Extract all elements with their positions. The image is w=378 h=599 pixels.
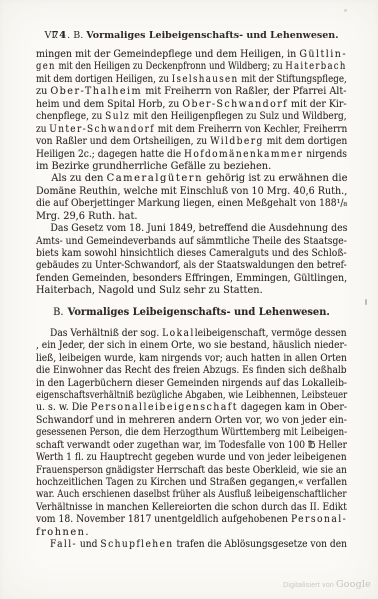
- text-line: vom 18. November 1817 unentgeldlich aufg…: [36, 514, 347, 526]
- text-line: hochzeitlichen Tagen zu Kirchen und Stra…: [36, 477, 347, 489]
- text-line: Verhältnisse in manchen Kellereiorten di…: [36, 502, 347, 514]
- text-line: im Bezirke grundherrliche Gefälle zu bez…: [36, 161, 347, 173]
- running-header: 74 VI. 1. B.Vormaliges Leibeigenschafts-…: [36, 30, 347, 43]
- text-line: Werth 1 fl. zu Hauptrecht gegeben wurde …: [36, 452, 347, 464]
- text-line: zu Unter-Schwandorf mit dem Freiherrn vo…: [36, 124, 347, 136]
- text-line: ließ, leibeigen wurde, kam nirgends vor;…: [36, 353, 347, 365]
- paragraph: mingen mit der Gemeindepflege und dem He…: [36, 49, 347, 173]
- text-line: gesessenen Person, die dem Herzogthum Wü…: [36, 427, 347, 439]
- page-body: mingen mit der Gemeindepflege und dem He…: [36, 49, 347, 552]
- text-line: eigenschaftsverhältniß bezügliche Abgabe…: [36, 390, 347, 402]
- text-line: Als zu den Cameralgütern gehörig ist zu …: [36, 173, 347, 185]
- section-heading-ref: B.: [53, 307, 63, 318]
- page-number: 74: [52, 30, 66, 41]
- digitization-watermark: Digitalisiert vonGoogle: [283, 579, 371, 590]
- text-column: 74 VI. 1. B.Vormaliges Leibeigenschafts-…: [36, 30, 347, 552]
- text-line: fenden Gemeinden, besonders Effringen, E…: [36, 273, 347, 285]
- text-line: Das Gesetz vom 18. Juni 1849, betreffend…: [36, 223, 347, 235]
- paragraph: Als zu den Cameralgütern gehörig ist zu …: [36, 173, 347, 223]
- text-line: Schwandorf und in mehreren andern Orten …: [36, 415, 347, 427]
- text-line: frohnen.: [36, 527, 347, 539]
- text-line: u. s. w. Die Personalleibeigenschaft dag…: [36, 402, 347, 414]
- watermark-text: Digitalisiert von: [283, 582, 334, 589]
- watermark-brand: Google: [336, 579, 371, 590]
- text-line: Frauensperson gnädigster Herrschaft das …: [36, 465, 347, 477]
- text-line: mit dem dortigen Heiligen, zu Iselshause…: [36, 74, 347, 86]
- text-line: , ein Jeder, der sich in einem Orte, wo …: [36, 340, 347, 352]
- section-heading-title: Vormaliges Leibeigenschafts- und Lehenwe…: [68, 307, 330, 318]
- text-line: Domäne Reuthin, welche mit Einschluß von…: [36, 186, 347, 198]
- paragraph: Das Verhältniß der sog. Lokalleibeigensc…: [36, 328, 347, 539]
- text-line: Haiterbach, Nagold und Sulz sehr zu Stat…: [36, 285, 347, 297]
- text-line: chenpflege, zu Sulz mit den Heiligenpfle…: [36, 111, 347, 123]
- text-line: gen mit den Heiligen zu Deckenpfronn und…: [36, 61, 347, 73]
- text-line: war. Auch erschienen daselbst früher als…: [36, 489, 347, 501]
- section-heading: B.Vormaliges Leibeigenschafts- und Lehen…: [36, 307, 347, 318]
- paragraph: Das Gesetz vom 18. Juni 1849, betreffend…: [36, 223, 347, 298]
- text-line: Heiligen 2c.; dagegen hatte die Hofdomän…: [36, 149, 347, 161]
- text-line: Mrg. 29,6 Ruth. hat.: [36, 211, 347, 223]
- text-line: schaft verwandt oder zugethan war, im To…: [36, 440, 347, 452]
- text-line: von Raßler und dem Ortsheiligen, zu Wild…: [36, 136, 347, 148]
- running-header-title: Vormaliges Leibeigenschafts- und Lehenwe…: [86, 30, 338, 41]
- scan-artifact-right-edge: [365, 299, 367, 305]
- scan-artifact-top: [344, 9, 347, 12]
- paragraph: Fall- und Schupflehen trafen die Ablösun…: [36, 539, 347, 551]
- text-line: Das Verhältniß der sog. Lokalleibeigensc…: [36, 328, 347, 340]
- text-line: die Einwohner das Recht des freien Abzug…: [36, 365, 347, 377]
- text-line: mingen mit der Gemeindepflege und dem He…: [36, 49, 347, 61]
- text-line: Fall- und Schupflehen trafen die Ablösun…: [36, 539, 347, 551]
- text-line: heim und dem Spital Horb, zu Ober-Schwan…: [36, 99, 347, 111]
- text-line: gebäudes zu Unter-Schwandorf, als der St…: [36, 260, 347, 272]
- text-line: biets kam sowohl hinsichtlich dieses Cam…: [36, 248, 347, 260]
- text-line: die auf Oberjettinger Markung liegen, ei…: [36, 198, 347, 210]
- text-line: Amts- und Gemeindeverbands auf sämmtlich…: [36, 236, 347, 248]
- scanned-book-page: 74 VI. 1. B.Vormaliges Leibeigenschafts-…: [0, 0, 378, 599]
- text-line: in den Lagerbüchern dieser Gemeinden nir…: [36, 378, 347, 390]
- text-line: zu Ober-Thalheim mit Freiherrn von Raßle…: [36, 86, 347, 98]
